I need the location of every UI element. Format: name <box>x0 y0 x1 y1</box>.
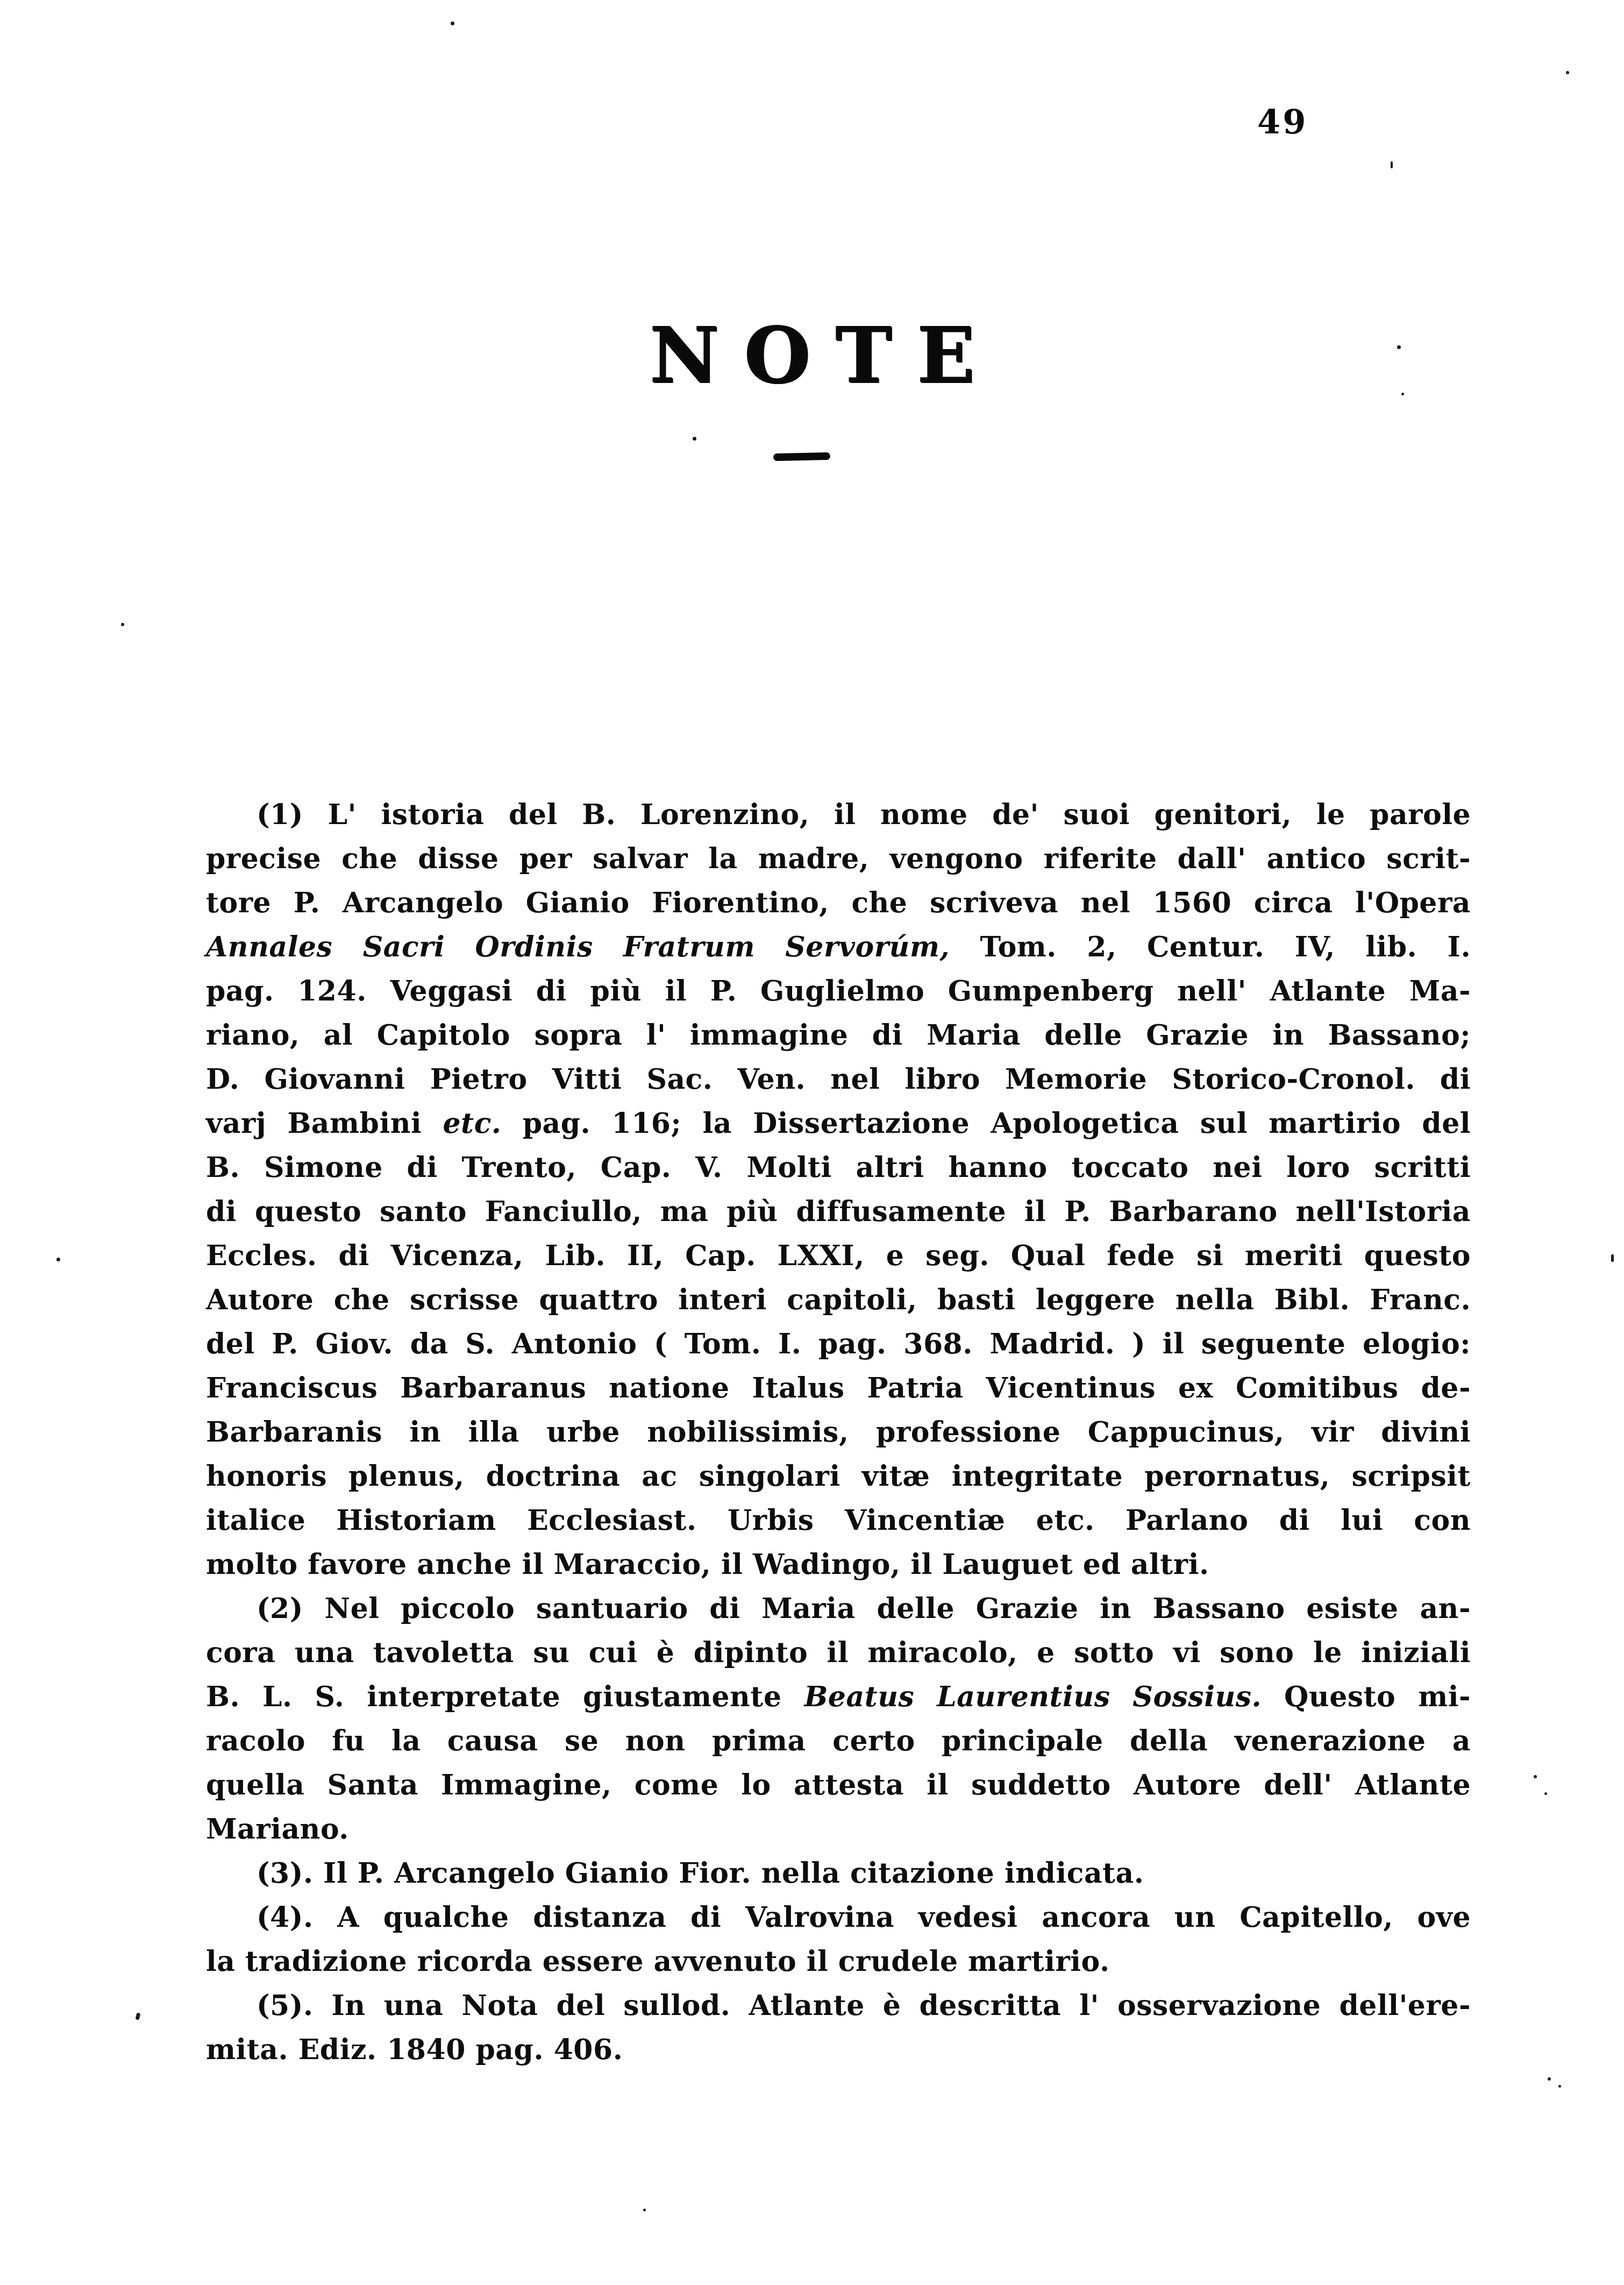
scan-speck <box>643 2209 646 2211</box>
text-segment: (5). In una Nota del sullod. Atlante è d… <box>257 1989 1471 2022</box>
scan-speck <box>56 1258 60 1261</box>
text-segment: B. L. S. interpretate giustamente <box>206 1680 804 1713</box>
italic-text-segment: Beatus Laurentius Sossius. <box>804 1680 1262 1713</box>
text-segment: tore P. Arcangelo Gianio Fiorentino, che… <box>206 886 1471 919</box>
text-line: honoris plenus, doctrina ac singolari vi… <box>206 1454 1471 1499</box>
text-line: tore P. Arcangelo Gianio Fiorentino, che… <box>206 881 1471 925</box>
text-line: (3). Il P. Arcangelo Gianio Fior. nella … <box>206 1851 1471 1896</box>
italic-text-segment: etc. <box>443 1107 502 1140</box>
text-segment: cora una tavoletta su cui è dipinto il m… <box>206 1636 1471 1669</box>
text-segment: Tom. 2, Centur. IV, lib. I. <box>950 931 1471 963</box>
text-line: Eccles. di Vicenza, Lib. II, Cap. LXXI, … <box>206 1234 1471 1278</box>
text-line: la tradizione ricorda essere avvenuto il… <box>206 1940 1471 1984</box>
text-segment: Eccles. di Vicenza, Lib. II, Cap. LXXI, … <box>206 1239 1471 1272</box>
text-segment: (2) Nel piccolo santuario di Maria delle… <box>257 1592 1471 1625</box>
scan-speck <box>1558 2085 1561 2088</box>
text-line: Mariano. <box>206 1807 1471 1851</box>
text-line: del P. Giov. da S. Antonio ( Tom. I. pag… <box>206 1322 1471 1366</box>
text-segment: precise che disse per salvar la madre, v… <box>206 842 1471 875</box>
text-segment: pag. 116; la Dissertazione Apologetica s… <box>501 1107 1471 1140</box>
text-line: italice Historiam Ecclesiast. Urbis Vinc… <box>206 1499 1471 1543</box>
scan-speck <box>1544 1792 1547 1795</box>
text-line: di questo santo Fanciullo, ma più diffus… <box>206 1190 1471 1234</box>
scan-speck <box>136 2012 141 2020</box>
text-segment: varj Bambini <box>206 1107 443 1140</box>
scanned-book-page: 49 NOTE (1) L' istoria del B. Lorenzino,… <box>0 0 1624 2285</box>
text-line: B. Simone di Trento, Cap. V. Molti altri… <box>206 1146 1471 1190</box>
text-segment: mita. Ediz. 1840 pag. 406. <box>206 2033 623 2066</box>
text-segment: B. Simone di Trento, Cap. V. Molti altri… <box>206 1151 1471 1184</box>
text-line: (2) Nel piccolo santuario di Maria delle… <box>206 1587 1471 1631</box>
scan-speck <box>1534 1775 1537 1778</box>
text-line: (5). In una Nota del sullod. Atlante è d… <box>206 1984 1471 2028</box>
scan-speck <box>1566 71 1569 74</box>
text-line: cora una tavoletta su cui è dipinto il m… <box>206 1631 1471 1675</box>
text-line: riano, al Capitolo sopra l' immagine di … <box>206 1013 1471 1058</box>
text-line: (4). A qualche distanza di Valrovina ved… <box>206 1896 1471 1940</box>
text-line: mita. Ediz. 1840 pag. 406. <box>206 2028 1471 2072</box>
text-segment: di questo santo Fanciullo, ma più diffus… <box>206 1195 1471 1228</box>
text-segment: molto favore anche il Maraccio, il Wadin… <box>206 1548 1209 1581</box>
text-segment: riano, al Capitolo sopra l' immagine di … <box>206 1019 1471 1052</box>
text-line: (1) L' istoria del B. Lorenzino, il nome… <box>206 793 1471 837</box>
text-line: precise che disse per salvar la madre, v… <box>206 837 1471 881</box>
text-line: racolo fu la causa se non prima certo pr… <box>206 1719 1471 1763</box>
notes-text: (1) L' istoria del B. Lorenzino, il nome… <box>206 793 1471 2072</box>
text-line: B. L. S. interpretate giustamente Beatus… <box>206 1675 1471 1719</box>
text-line: Autore che scrisse quattro interi capito… <box>206 1278 1471 1322</box>
text-segment: quella Santa Immagine, come lo attesta i… <box>206 1769 1471 1801</box>
text-segment: la tradizione ricorda essere avvenuto il… <box>206 1945 1109 1978</box>
text-segment: Barbaranis in illa urbe nobilissimis, pr… <box>206 1416 1471 1449</box>
scan-speck <box>121 623 124 626</box>
scan-speck <box>1397 345 1401 349</box>
text-line: Annales Sacri Ordinis Fratrum Servorúm, … <box>206 925 1471 969</box>
text-segment: pag. 124. Veggasi di più il P. Guglielmo… <box>206 975 1471 1007</box>
text-segment: (3). Il P. Arcangelo Gianio Fior. nella … <box>257 1857 1144 1890</box>
scan-speck <box>1548 2077 1551 2081</box>
text-line: pag. 124. Veggasi di più il P. Guglielmo… <box>206 969 1471 1013</box>
text-line: Franciscus Barbaranus natione Italus Pat… <box>206 1366 1471 1410</box>
scan-speck <box>1391 161 1393 168</box>
text-segment: D. Giovanni Pietro Vitti Sac. Ven. nel l… <box>206 1063 1471 1096</box>
scan-speck <box>1611 1254 1614 1262</box>
text-segment: Autore che scrisse quattro interi capito… <box>206 1283 1471 1316</box>
italic-text-segment: Annales Sacri Ordinis Fratrum Servorúm, <box>206 931 950 963</box>
title-divider-rule <box>773 452 830 461</box>
text-segment: del P. Giov. da S. Antonio ( Tom. I. pag… <box>206 1328 1471 1360</box>
page-title: NOTE <box>624 311 999 400</box>
text-segment: honoris plenus, doctrina ac singolari vi… <box>206 1460 1471 1493</box>
scan-speck <box>1401 393 1404 395</box>
text-line: quella Santa Immagine, come lo attesta i… <box>206 1763 1471 1807</box>
text-segment: italice Historiam Ecclesiast. Urbis Vinc… <box>206 1504 1471 1537</box>
text-segment: (4). A qualche distanza di Valrovina ved… <box>257 1901 1471 1934</box>
text-segment: Questo mi- <box>1262 1680 1471 1713</box>
scan-speck <box>451 22 454 25</box>
page-number: 49 <box>1257 102 1308 141</box>
text-line: molto favore anche il Maraccio, il Wadin… <box>206 1543 1471 1587</box>
text-line: varj Bambini etc. pag. 116; la Dissertaz… <box>206 1102 1471 1146</box>
text-segment: Franciscus Barbaranus natione Italus Pat… <box>206 1372 1471 1404</box>
text-segment: Mariano. <box>206 1813 349 1846</box>
scan-speck <box>693 437 696 441</box>
text-line: D. Giovanni Pietro Vitti Sac. Ven. nel l… <box>206 1058 1471 1102</box>
text-line: Barbaranis in illa urbe nobilissimis, pr… <box>206 1410 1471 1454</box>
text-segment: racolo fu la causa se non prima certo pr… <box>206 1725 1471 1757</box>
text-segment: (1) L' istoria del B. Lorenzino, il nome… <box>257 798 1471 831</box>
